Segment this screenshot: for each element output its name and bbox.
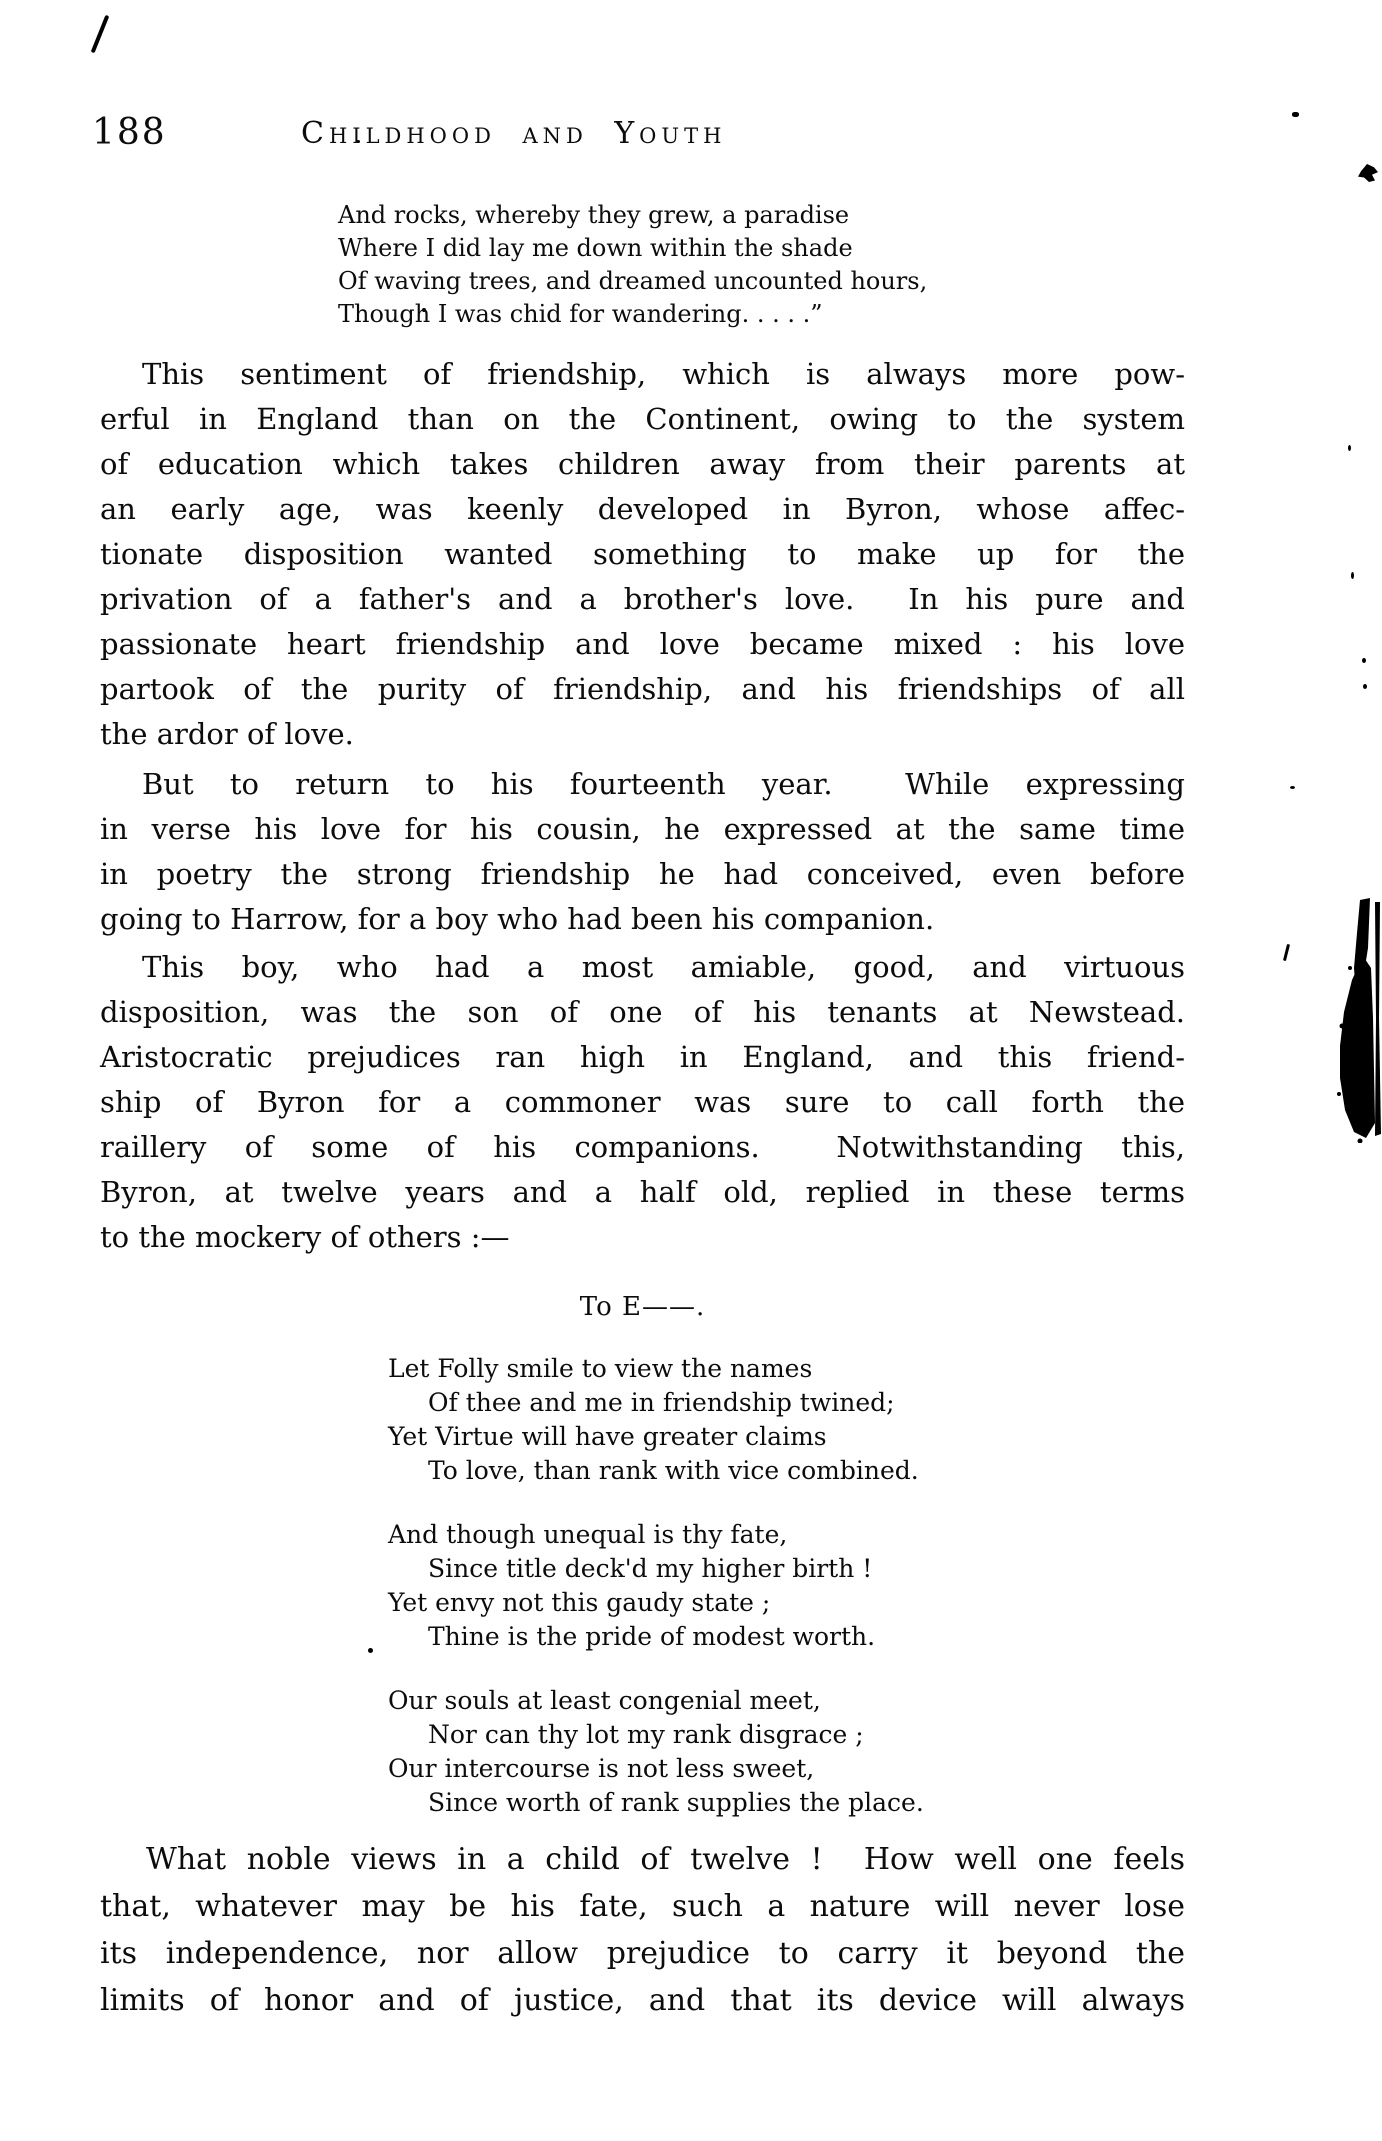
body-paragraph: But to return to his fourteenth year. Wh… [100, 762, 1185, 942]
poem-stanza: And though unequal is thy fate,Since tit… [388, 1518, 1088, 1654]
ink-blot [1358, 164, 1378, 182]
verse-line: Our souls at least congenial meet, [388, 1684, 1088, 1718]
verse-line: Let Folly smile to view the names [388, 1352, 1088, 1386]
body-paragraph: This sentiment of friendship, which is a… [100, 352, 1185, 757]
verse-line: Where I did lay me down within the shade [338, 232, 1058, 265]
text-line: that, whatever may be his fate, such a n… [100, 1883, 1185, 1930]
verse-line: Our intercourse is not less sweet, [388, 1752, 1088, 1786]
text-line: of education which takes children away f… [100, 442, 1185, 487]
verse-line: Of thee and me in friendship twined; [428, 1386, 1088, 1420]
text-line: This boy, who had a most amiable, good, … [100, 945, 1185, 990]
text-line: But to return to his fourteenth year. Wh… [100, 762, 1185, 807]
text-line: going to Harrow, for a boy who had been … [100, 897, 1185, 942]
ink-speck [1362, 658, 1366, 663]
text-line: This sentiment of friendship, which is a… [100, 352, 1185, 397]
ink-speck [1292, 112, 1299, 117]
text-line: disposition, was the son of one of his t… [100, 990, 1185, 1035]
ink-speck [1348, 445, 1351, 451]
verse-line: Nor can thy lot my rank disgrace ; [428, 1718, 1088, 1752]
text-line: the ardor of love. [100, 712, 1185, 757]
text-line: to the mockery of others :— [100, 1215, 1185, 1260]
verse-line: Since title deck'd my higher birth ! [428, 1552, 1088, 1586]
poem-title: To E——. [100, 1292, 1185, 1322]
ink-speck [1290, 786, 1295, 789]
verse-line: Yet Virtue will have greater claims [388, 1420, 1088, 1454]
verse-line: Thine is the pride of modest worth. [428, 1620, 1088, 1654]
text-line: privation of a father's and a brother's … [100, 577, 1185, 622]
running-title: Childhood and Youth [301, 116, 726, 151]
verse-line: Since worth of rank supplies the place. [428, 1786, 1088, 1820]
poem-stanza: Our souls at least congenial meet,Nor ca… [388, 1684, 1088, 1820]
text-line: raillery of some of his companions. Notw… [100, 1125, 1185, 1170]
text-line: ship of Byron for a commoner was sure to… [100, 1080, 1185, 1125]
text-line: Byron, at twelve years and a half old, r… [100, 1170, 1185, 1215]
text-line: in verse his love for his cousin, he exp… [100, 807, 1185, 852]
text-line: Aristocratic prejudices ran high in Engl… [100, 1035, 1185, 1080]
poem-stanza: Let Folly smile to view the namesOf thee… [388, 1352, 1088, 1488]
ink-smudge [1330, 898, 1382, 1143]
pen-stroke-mark [91, 15, 110, 54]
ink-speck [1351, 572, 1354, 579]
text-line: an early age, was keenly developed in By… [100, 487, 1185, 532]
text-line: What noble views in a child of twelve ! … [100, 1836, 1185, 1883]
epigraph-verse: And rocks, whereby they grew, a paradise… [338, 199, 1058, 331]
closing-paragraph: What noble views in a child of twelve ! … [100, 1836, 1185, 2024]
verse-line: Though I was chid for wandering. . . . .… [338, 298, 1058, 331]
pen-mark-right-margin [1283, 944, 1290, 961]
verse-line: Yet envy not this gaudy state ; [388, 1586, 1088, 1620]
verse-line: And rocks, whereby they grew, a paradise [338, 199, 1058, 232]
text-line: passionate heart friendship and love bec… [100, 622, 1185, 667]
text-line: limits of honor and of justice, and that… [100, 1977, 1185, 2024]
text-line: partook of the purity of friendship, and… [100, 667, 1185, 712]
page-number: 188 [92, 112, 167, 153]
verse-line: And though unequal is thy fate, [388, 1518, 1088, 1552]
book-page: 188 Childhood and Youth And rocks, where… [0, 0, 1382, 2141]
text-line: its independence, nor allow prejudice to… [100, 1930, 1185, 1977]
verse-line: To love, than rank with vice combined. [428, 1454, 1088, 1488]
text-line: in poetry the strong friendship he had c… [100, 852, 1185, 897]
text-line: tionate disposition wanted something to … [100, 532, 1185, 577]
body-paragraph: This boy, who had a most amiable, good, … [100, 945, 1185, 1260]
text-line: erful in England than on the Continent, … [100, 397, 1185, 442]
verse-line: Of waving trees, and dreamed uncounted h… [338, 265, 1058, 298]
ink-speck [1363, 684, 1367, 689]
ink-speck [368, 1648, 373, 1653]
